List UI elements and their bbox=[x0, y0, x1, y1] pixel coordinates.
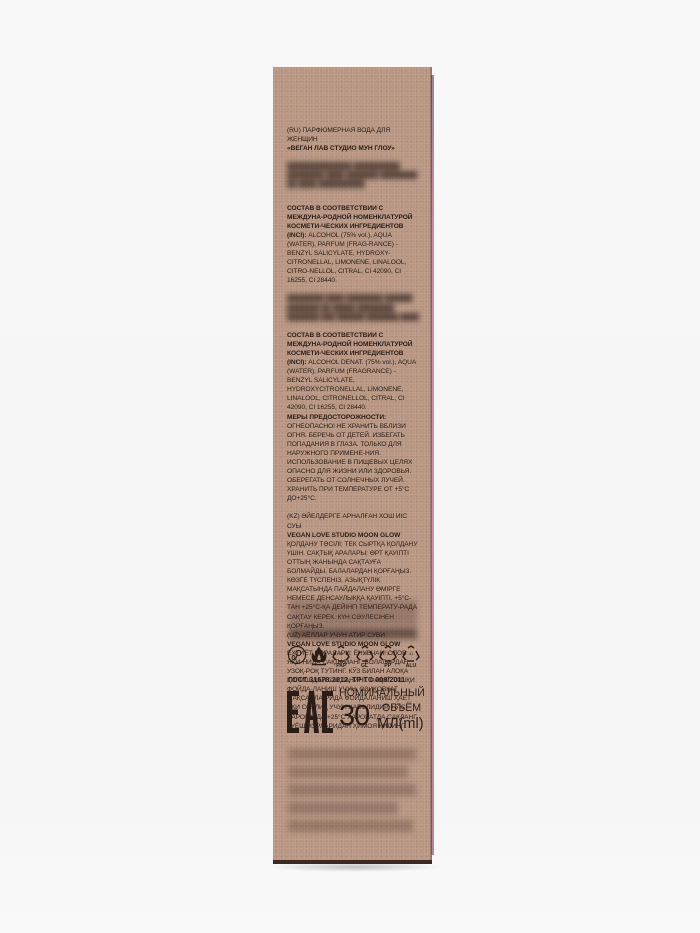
recycle-pap-icon: 21 PAP bbox=[331, 645, 351, 669]
svg-text:21: 21 bbox=[339, 651, 344, 656]
blurred-bottom-text bbox=[288, 748, 416, 844]
kz-title: (KZ) ӘЙЕЛДЕРГЕ АРНАЛҒАН ХОШ ИІС СУЫ bbox=[287, 512, 421, 530]
recycle-alu-label: ALU bbox=[406, 663, 417, 669]
blurred-text-2: ████████ ████ ████████ ██████ ███████ ██… bbox=[287, 294, 421, 321]
standards-text: ГОСТ 31678-2012, ТР ТС 009/2011 bbox=[288, 675, 405, 684]
svg-text:41: 41 bbox=[409, 651, 414, 656]
kz-product-name: VEGAN LOVE STUDIO MOON GLOW bbox=[287, 531, 421, 540]
title-ru: (RU) ПАРФЮМЕРНАЯ ВОДА ДЛЯ ЖЕНЩИН bbox=[287, 126, 421, 144]
volume-label: НОМИНАЛЬНЫЙ bbox=[339, 688, 425, 699]
title-product-name: «ВЕГАН ЛАВ СТУДИО МУН ГЛОУ» bbox=[287, 144, 421, 153]
blurred-text-1: ██████████████ ██████████ ████████ ████ … bbox=[287, 162, 421, 189]
composition-2: СОСТАВ В СООТВЕТСТВИИ С МЕЖДУНА-РОДНОЙ Н… bbox=[287, 331, 421, 413]
svg-text:70: 70 bbox=[362, 651, 367, 656]
precautions-body: ОГНЕОПАСНО! НЕ ХРАНИТЬ ВБЛИЗИ ОГНЯ. БЕРЕ… bbox=[287, 422, 421, 504]
recycle-pp-icon: 5 PP bbox=[378, 645, 398, 669]
recycle-gl-label: GL bbox=[361, 663, 368, 669]
volume-label-2: ОБЪЁМ bbox=[382, 703, 421, 714]
volume-value: 30 bbox=[339, 700, 369, 732]
eac-mark-icon bbox=[287, 689, 333, 735]
recycle-gl-icon: 70 GL bbox=[355, 645, 375, 669]
box-bottom-edge bbox=[273, 860, 432, 864]
composition-1-body: ALCOHOL (75% vol.), AQUA (WATER), PARFUM… bbox=[287, 232, 406, 284]
composition-2-body: ALCOHOL DENAT. (75% vol.), AQUA (WATER),… bbox=[287, 359, 416, 411]
symbols-row: 21 PAP 70 GL 5 PP 41 ALU bbox=[287, 645, 421, 675]
volume-unit: МЛ(ml) bbox=[377, 716, 424, 732]
composition-1: СОСТАВ В СООТВЕТСТВИИ С МЕЖДУНА-РОДНОЙ Н… bbox=[287, 204, 421, 286]
recycle-alu-icon: 41 ALU bbox=[401, 645, 421, 669]
precautions-heading: МЕРЫ ПРЕДОСТОРОЖНОСТИ: bbox=[287, 413, 421, 422]
svg-text:5: 5 bbox=[387, 651, 390, 656]
recycle-pp-label: PP bbox=[384, 663, 391, 669]
flammable-icon bbox=[310, 645, 328, 667]
label-text: (RU) ПАРФЮМЕРНАЯ ВОДА ДЛЯ ЖЕНЩИН «ВЕГАН … bbox=[287, 126, 421, 731]
cosmetics-symbol-icon bbox=[287, 645, 307, 665]
recycle-pap-label: PAP bbox=[336, 663, 346, 669]
blurred-manufacturer-panel bbox=[289, 600, 417, 640]
box-right-edge bbox=[431, 75, 434, 855]
